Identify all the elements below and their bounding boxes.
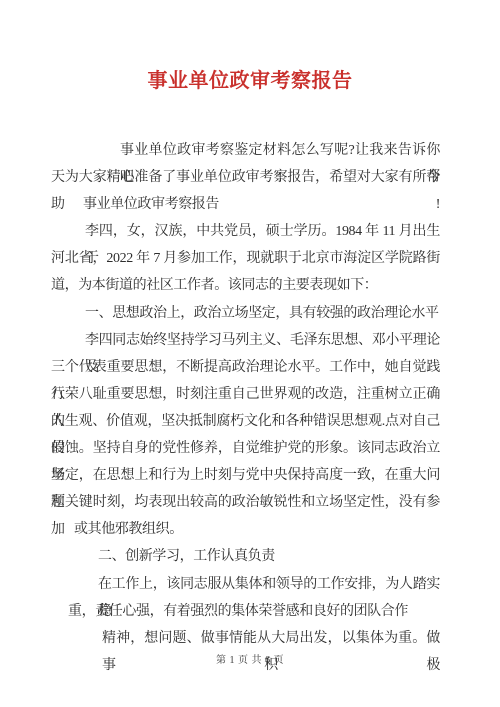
page-number-footer: 第 1 页 共 6 页 (0, 651, 500, 666)
body-line: 三个代表重要思想，不断提高政治理论水平。工作中，她自觉践行 (51, 354, 440, 381)
body-line: 李四，女，汉族，中共党员，硕士学历。1984 年 11 月出生于 (51, 218, 440, 245)
body-line: 李四同志始终坚持学习马列主义、毛泽东思想、邓小平理论及 (51, 327, 440, 354)
body-line: 坚定，在思想上和行为上时刻与党中央保持高度一致，在重大问题 (51, 462, 440, 489)
body-line: 河北省，2022 年 7 月参加工作，现就职于北京市海淀区学院路街 (51, 245, 440, 272)
body-line: 或其他邪教组织。 (51, 516, 440, 543)
body-line: 事业单位政审考察鉴定材料怎么写呢?让我来告诉你吧!今 (51, 137, 440, 164)
body-line: 天为大家精心准备了事业单位政审考察报告，希望对大家有所帮助! (51, 164, 440, 191)
document-page: 事业单位政审考察报告 事业单位政审考察鉴定材料怎么写呢?让我来告诉你吧!今天为大… (0, 0, 500, 707)
body-line: 八荣八耻重要思想，时刻注重自己世界观的改造，注重树立正确的 (51, 381, 440, 408)
body-line: 二、创新学习，工作认真负责 (51, 543, 440, 570)
body-line: 人生观、价值观，坚决抵制腐朽文化和各种错误思想观.点对自己的 (51, 408, 440, 435)
document-title: 事业单位政审考察报告 (0, 66, 500, 96)
body-line: 精神，想问题、做事情能从大局出发，以集体为重。做事积极 (51, 625, 440, 652)
body-line: 道，为本街道的社区工作者。该同志的主要表现如下： (51, 272, 440, 299)
body-line: 和关键时刻，均表现出较高的政治敏锐性和立场坚定性，没有参加 (51, 489, 440, 516)
document-body: 事业单位政审考察鉴定材料怎么写呢?让我来告诉你吧!今天为大家精心准备了事业单位政… (51, 137, 440, 652)
body-line: 重，责任心强，有着强烈的集体荣誉感和良好的团队合作 (51, 598, 440, 625)
body-line: 一、思想政治上，政治立场坚定，具有较强的政治理论水平 (51, 300, 440, 327)
body-line: 在工作上，该同志服从集体和领导的工作安排，为人踏实稳 (51, 571, 440, 598)
body-line: 侵蚀。坚持自身的党性修养，自觉维护党的形象。该同志政治立场 (51, 435, 440, 462)
